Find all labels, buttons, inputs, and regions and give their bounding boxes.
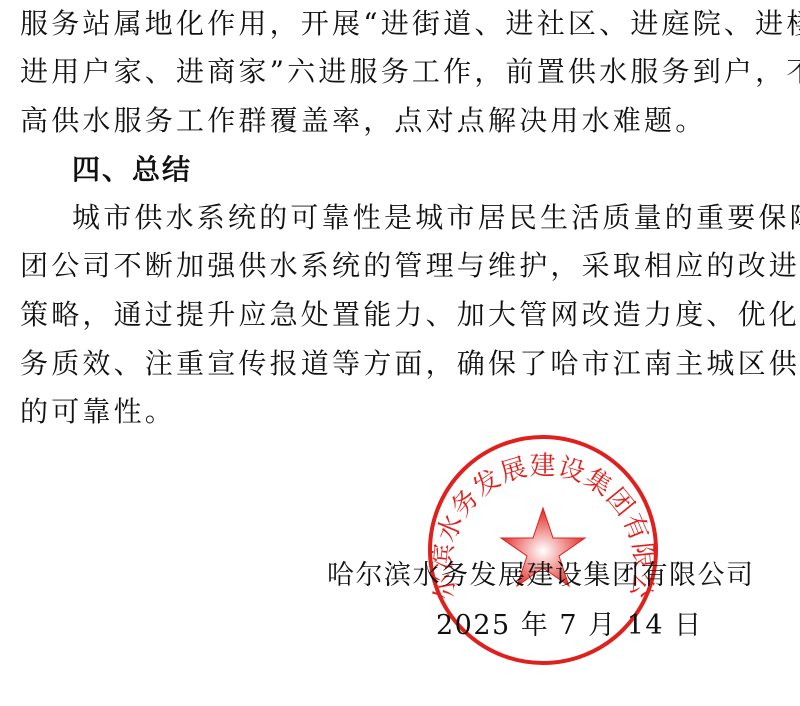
- text-line: 服务站属地化作用，开展“进街道、进社区、进庭院、进楼道、: [20, 4, 800, 44]
- signature-date: 2025 年 7 月 14 日: [436, 608, 703, 644]
- text-line: 策略，通过提升应急处置能力、加大管网改造力度、优化网格服: [20, 295, 800, 335]
- text-line: 进用户家、进商家”六进服务工作，前置供水服务到户，不断提: [20, 52, 800, 92]
- section-heading: 四、总结: [72, 150, 192, 190]
- text-line: 团公司不断加强供水系统的管理与维护，采取相应的改进与应对: [20, 246, 800, 286]
- signature-organization: 哈尔滨水务发展建设集团有限公司: [327, 558, 755, 594]
- text-line: 的可靠性。: [20, 392, 176, 432]
- text-line: 务质效、注重宣传报道等方面，确保了哈市江南主城区供水系统: [20, 344, 800, 384]
- text-line: 城市供水系统的可靠性是城市居民生活质量的重要保障，集: [72, 198, 800, 238]
- text-line: 高供水服务工作群覆盖率，点对点解决用水难题。: [20, 101, 706, 141]
